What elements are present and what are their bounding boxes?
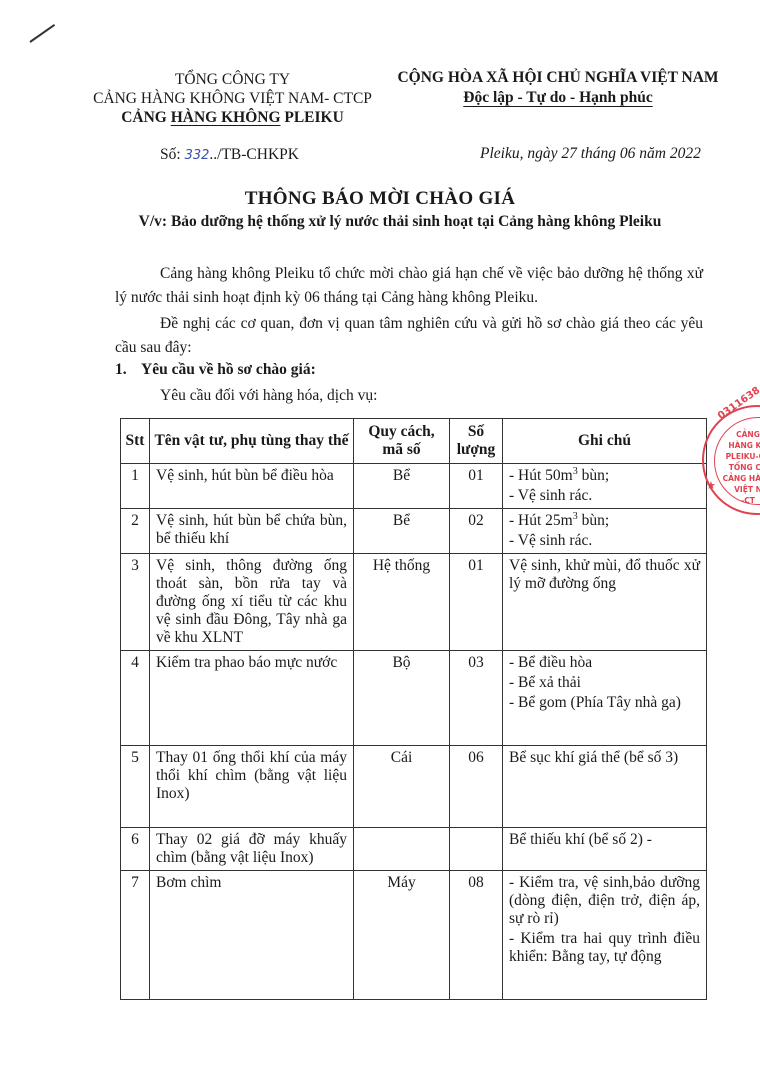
- row-item-name: Thay 02 giá đỡ máy khuấy chìm (bằng vật …: [150, 828, 354, 871]
- note-line: - Kiểm tra, vệ sinh,bảo dưỡng (dòng điện…: [509, 874, 700, 928]
- row-qty: 06: [450, 746, 503, 828]
- parent-org-line1: TỔNG CÔNG TY: [60, 70, 405, 89]
- table-row: 7Bơm chìmMáy08- Kiểm tra, vệ sinh,bảo dư…: [121, 871, 707, 1000]
- row-item-name: Vệ sinh, hút bùn bể điều hòa: [150, 464, 354, 509]
- note-line: Bể thiếu khí (bể số 2) -: [509, 831, 700, 849]
- table-row: 2Vệ sinh, hút bùn bể chứa bùn, bể thiếu …: [121, 509, 707, 554]
- table-row: 1Vệ sinh, hút bùn bể điều hòaBể01- Hút 5…: [121, 464, 707, 509]
- row-spec: [354, 828, 450, 871]
- row-notes: Bể thiếu khí (bể số 2) -: [503, 828, 707, 871]
- row-notes: - Hút 50m3 bùn;- Vệ sinh rác.: [503, 464, 707, 509]
- row-stt: 3: [121, 554, 150, 651]
- row-item-name: Thay 01 ống thổi khí của máy thổi khí ch…: [150, 746, 354, 828]
- handwritten-mark: [29, 24, 55, 43]
- note-line: - Bể xả thải: [509, 674, 700, 692]
- table-row: 3Vệ sinh, thông đường ống thoát sàn, bồn…: [121, 554, 707, 651]
- col-header-spec: Quy cách, mã số: [354, 419, 450, 464]
- table-header-row: Stt Tên vật tư, phụ tùng thay thế Quy cá…: [121, 419, 707, 464]
- table-row: 6Thay 02 giá đỡ máy khuấy chìm (bằng vật…: [121, 828, 707, 871]
- note-line: Vệ sinh, khử mùi, đổ thuốc xử lý mỡ đườn…: [509, 557, 700, 593]
- row-item-name: Vệ sinh, thông đường ống thoát sàn, bồn …: [150, 554, 354, 651]
- issuing-org: CẢNG HÀNG KHÔNG PLEIKU: [60, 108, 405, 127]
- document-subtitle: V/v: Bảo dưỡng hệ thống xử lý nước thải …: [0, 213, 760, 231]
- row-stt: 5: [121, 746, 150, 828]
- intro-paragraph: Cảng hàng không Pleiku tổ chức mời chào …: [115, 262, 703, 310]
- row-qty: 03: [450, 651, 503, 746]
- requirements-table: Stt Tên vật tư, phụ tùng thay thế Quy cá…: [120, 418, 707, 1000]
- table-lead: Yêu cầu đối với hàng hóa, dịch vụ:: [160, 387, 377, 405]
- row-spec: Bể: [354, 509, 450, 554]
- note-line: - Vệ sinh rác.: [509, 532, 700, 550]
- note-line: - Hút 25m3 bùn;: [509, 512, 700, 530]
- row-notes: - Kiểm tra, vệ sinh,bảo dưỡng (dòng điện…: [503, 871, 707, 1000]
- official-stamp: 0311638 CẢNGHÀNG KHPLEIKU-CHTỔNG CÔCẢNG …: [702, 405, 760, 515]
- document-title: THÔNG BÁO MỜI CHÀO GIÁ: [0, 188, 760, 210]
- row-spec: Bộ: [354, 651, 450, 746]
- row-qty: 01: [450, 554, 503, 651]
- note-line: - Bể điều hòa: [509, 654, 700, 672]
- table-row: 4Kiểm tra phao báo mực nướcBộ03- Bể điều…: [121, 651, 707, 746]
- table-row: 5Thay 01 ống thổi khí của máy thổi khí c…: [121, 746, 707, 828]
- row-spec: Hệ thống: [354, 554, 450, 651]
- row-notes: - Bể điều hòa- Bể xả thải- Bể gom (Phía …: [503, 651, 707, 746]
- row-item-name: Vệ sinh, hút bùn bể chứa bùn, bể thiếu k…: [150, 509, 354, 554]
- row-stt: 7: [121, 871, 150, 1000]
- note-line: - Vệ sinh rác.: [509, 487, 700, 505]
- row-qty: 08: [450, 871, 503, 1000]
- row-item-name: Bơm chìm: [150, 871, 354, 1000]
- section-heading: 1.Yêu cầu về hồ sơ chào giá:: [115, 361, 316, 379]
- document-number: Số: 332../TB-CHKPK: [160, 146, 299, 164]
- row-qty: [450, 828, 503, 871]
- national-motto: Độc lập - Tự do - Hạnh phúc: [463, 89, 652, 106]
- star-icon: ★: [706, 479, 716, 492]
- note-line: - Hút 50m3 bùn;: [509, 467, 700, 485]
- row-stt: 6: [121, 828, 150, 871]
- document-date: Pleiku, ngày 27 tháng 06 năm 2022: [480, 145, 701, 163]
- row-stt: 4: [121, 651, 150, 746]
- handwritten-number: 332: [185, 148, 210, 163]
- row-item-name: Kiểm tra phao báo mực nước: [150, 651, 354, 746]
- issuer-header: TỔNG CÔNG TY CẢNG HÀNG KHÔNG VIỆT NAM- C…: [60, 70, 405, 127]
- request-paragraph: Đề nghị các cơ quan, đơn vị quan tâm ngh…: [115, 312, 703, 360]
- row-stt: 1: [121, 464, 150, 509]
- national-header: CỘNG HÒA XÃ HỘI CHỦ NGHĨA VIỆT NAM Độc l…: [383, 68, 733, 108]
- note-line: - Kiểm tra hai quy trình điều khiển: Bằn…: [509, 930, 700, 966]
- row-spec: Bể: [354, 464, 450, 509]
- note-line: Bể sục khí giá thể (bể số 3): [509, 749, 700, 767]
- row-stt: 2: [121, 509, 150, 554]
- row-notes: Vệ sinh, khử mùi, đổ thuốc xử lý mỡ đườn…: [503, 554, 707, 651]
- col-header-notes: Ghi chú: [503, 419, 707, 464]
- stamp-text: CẢNGHÀNG KHPLEIKU-CHTỔNG CÔCẢNG HÀNGVIỆT…: [718, 429, 760, 506]
- col-header-qty: Số lượng: [450, 419, 503, 464]
- country-name: CỘNG HÒA XÃ HỘI CHỦ NGHĨA VIỆT NAM: [383, 68, 733, 88]
- row-spec: Cái: [354, 746, 450, 828]
- col-header-stt: Stt: [121, 419, 150, 464]
- parent-org-line2: CẢNG HÀNG KHÔNG VIỆT NAM- CTCP: [60, 89, 405, 108]
- row-notes: Bể sục khí giá thể (bể số 3): [503, 746, 707, 828]
- row-notes: - Hút 25m3 bùn;- Vệ sinh rác.: [503, 509, 707, 554]
- row-qty: 02: [450, 509, 503, 554]
- row-spec: Máy: [354, 871, 450, 1000]
- note-line: - Bể gom (Phía Tây nhà ga): [509, 694, 700, 712]
- col-header-name: Tên vật tư, phụ tùng thay thế: [150, 419, 354, 464]
- row-qty: 01: [450, 464, 503, 509]
